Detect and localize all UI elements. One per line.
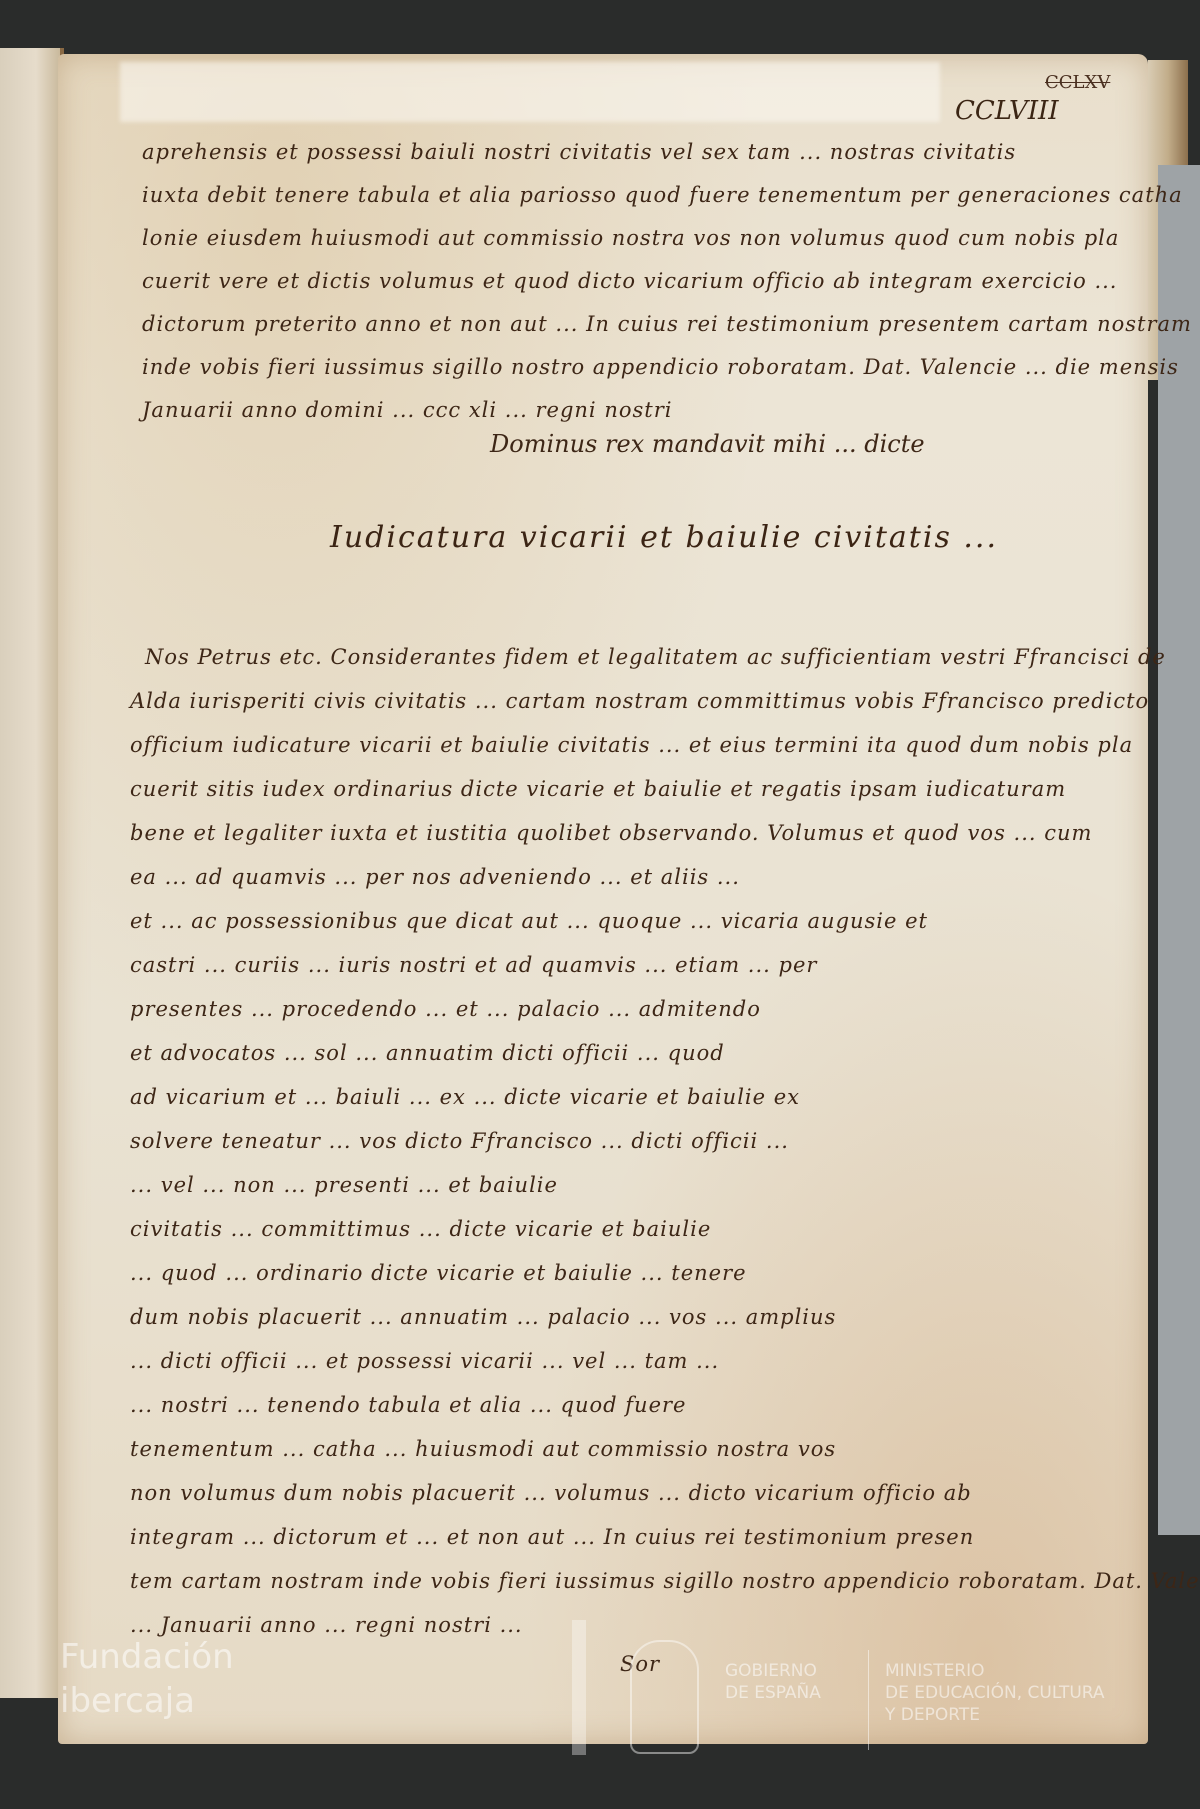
text-line: dictorum preterito anno et non aut ... I… (142, 312, 1192, 336)
text-line: et advocatos ... sol ... annuatim dicti … (130, 1041, 725, 1065)
text-line: Nos Petrus etc. Considerantes fidem et l… (145, 645, 1166, 669)
subscription-line: Dominus rex mandavit mihi ... dicte (490, 430, 925, 458)
watermark-divider (868, 1650, 869, 1750)
text-line: cuerit sitis iudex ordinarius dicte vica… (130, 777, 1066, 801)
text-line: aprehensis et possessi baiuli nostri civ… (142, 140, 1016, 164)
facing-page-edge (0, 48, 64, 1698)
text-line: integram ... dictorum et ... et non aut … (130, 1525, 974, 1549)
text-line: presentes ... procedendo ... et ... pala… (130, 997, 761, 1021)
text-line: et ... ac possessionibus que dicat aut .… (130, 909, 928, 933)
coat-of-arms-icon (630, 1640, 699, 1754)
text-line: ea ... ad quamvis ... per nos adveniendo… (130, 865, 740, 889)
text-line: ... vel ... non ... presenti ... et baiu… (130, 1173, 558, 1197)
watermark-ibercaja: Fundación ibercaja (60, 1635, 234, 1723)
watermark-line: DE EDUCACIÓN, CULTURA (885, 1682, 1105, 1704)
watermark-ministerio: MINISTERIO DE EDUCACIÓN, CULTURA Y DEPOR… (885, 1660, 1105, 1726)
text-line: civitatis ... committimus ... dicte vica… (130, 1217, 711, 1241)
text-line: Alda iurisperiti civis civitatis ... car… (130, 689, 1149, 713)
watermark-gobierno: GOBIERNO DE ESPAÑA (725, 1660, 821, 1704)
foliation-number: CCLVIII (955, 96, 1059, 126)
text-line: ad vicarium et ... baiuli ... ex ... dic… (130, 1085, 800, 1109)
watermark-line: MINISTERIO (885, 1660, 1105, 1682)
watermark-line: Fundación (60, 1635, 234, 1679)
text-line: castri ... curiis ... iuris nostri et ad… (130, 953, 817, 977)
text-line: iuxta debit tenere tabula et alia parios… (142, 183, 1183, 207)
text-line: lonie eiusdem huiusmodi aut commissio no… (142, 226, 1119, 250)
text-line: solvere teneatur ... vos dicto Ffrancisc… (130, 1129, 789, 1153)
foliation-crossed-out: CCLXV (1045, 72, 1110, 93)
text-line: bene et legaliter iuxta et iustitia quol… (130, 821, 1092, 845)
watermark-line: DE ESPAÑA (725, 1682, 821, 1704)
watermark-line: ibercaja (60, 1679, 234, 1723)
paper-repair-patch (120, 62, 940, 122)
text-line: non volumus dum nobis placuerit ... volu… (130, 1481, 972, 1505)
text-line: officium iudicature vicarii et baiulie c… (130, 733, 1133, 757)
text-line: ... quod ... ordinario dicte vicarie et … (130, 1261, 747, 1285)
watermark-flag-bar (572, 1620, 586, 1755)
text-line: cuerit vere et dictis volumus et quod di… (142, 269, 1117, 293)
text-line: dum nobis placuerit ... annuatim ... pal… (130, 1305, 836, 1329)
text-line: ... nostri ... tenendo tabula et alia ..… (130, 1393, 686, 1417)
text-line: tenementum ... catha ... huiusmodi aut c… (130, 1437, 836, 1461)
text-line: tem cartam nostram inde vobis fieri iuss… (130, 1569, 1200, 1593)
text-line: inde vobis fieri iussimus sigillo nostro… (142, 355, 1179, 379)
text-line: ... dicti officii ... et possessi vicari… (130, 1349, 719, 1373)
text-line: Januarii anno domini ... ccc xli ... reg… (142, 398, 672, 422)
text-line: ... Januarii anno ... regni nostri ... (130, 1613, 523, 1637)
watermark-line: GOBIERNO (725, 1660, 821, 1682)
entry-heading: Iudicatura vicarii et baiulie civitatis … (330, 520, 998, 555)
watermark-line: Y DEPORTE (885, 1704, 1105, 1726)
